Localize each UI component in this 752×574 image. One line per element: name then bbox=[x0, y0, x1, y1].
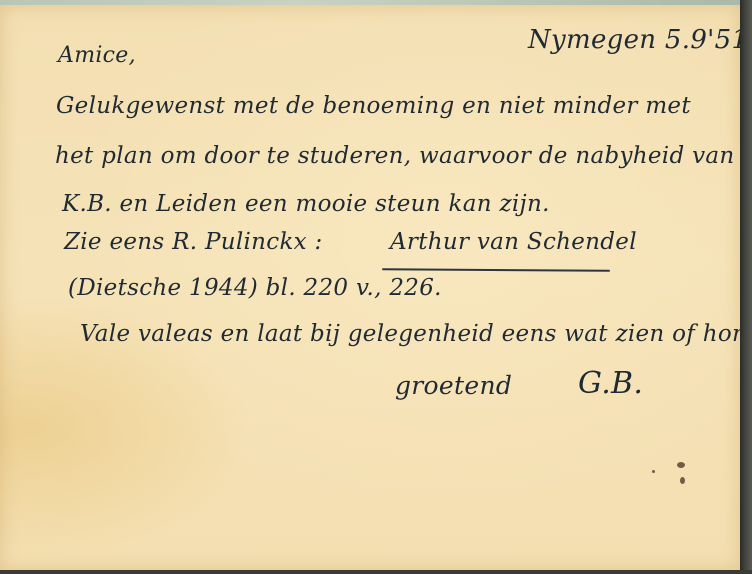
place-and-date: Nymegen 5.9'51 bbox=[528, 27, 748, 53]
body-line-5: (Dietsche 1944) bl. 220 v., 226. bbox=[68, 277, 442, 300]
paper-stain bbox=[680, 477, 685, 484]
body-line-3: K.B. en Leiden een mooie steun kan zijn. bbox=[62, 193, 550, 216]
closing: groetend bbox=[395, 373, 512, 398]
scan-border-right bbox=[740, 0, 752, 574]
underlined-reference: Arthur van Schendel bbox=[390, 231, 637, 254]
salutation: Amice, bbox=[58, 45, 136, 67]
body-line-6: Vale valeas en laat bij gelegenheid eens… bbox=[80, 323, 752, 346]
signature: G.B. bbox=[578, 369, 643, 399]
handwritten-card: Nymegen 5.9'51 Amice, Gelukgewenst met d… bbox=[0, 5, 740, 570]
paper-stain bbox=[652, 470, 655, 473]
body-line-1: Gelukgewenst met de benoeming en niet mi… bbox=[56, 95, 691, 118]
body-line-2: het plan om door te studeren, waarvoor d… bbox=[55, 145, 735, 168]
body-line-4: Zie eens R. Pulinckx : bbox=[64, 231, 323, 254]
reference-underline bbox=[382, 268, 610, 272]
scanned-document: Nymegen 5.9'51 Amice, Gelukgewenst met d… bbox=[0, 0, 752, 574]
scan-border-bottom bbox=[0, 570, 752, 574]
paper-stain bbox=[677, 462, 685, 468]
